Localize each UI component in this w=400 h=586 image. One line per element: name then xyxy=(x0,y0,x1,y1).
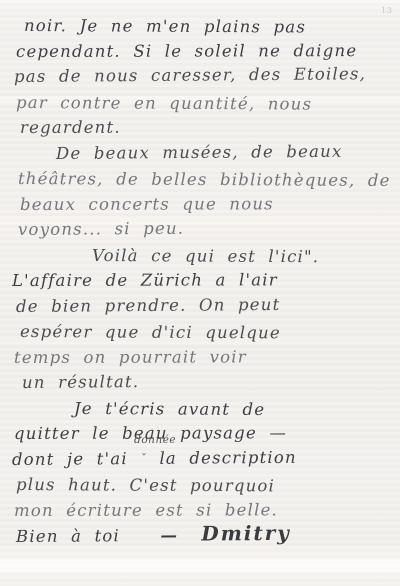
handwritten-line: par contre en quantité, nous xyxy=(16,90,394,117)
handwritten-line: de bien prendre. On peut xyxy=(16,291,394,319)
signature-flourish: — xyxy=(160,526,175,545)
handwritten-line: espérer que d'ici quelque xyxy=(20,319,394,346)
handwritten-line: cependant. Si le soleil ne daigne xyxy=(16,38,394,64)
handwritten-line: théâtres, de belles bibliothèques, de xyxy=(18,166,394,193)
handwritten-line: mon écriture est si belle. xyxy=(14,497,394,523)
handwritten-line-with-insertion: dont je t'ai ˇdonnée la description xyxy=(12,444,394,472)
caret-mark: ˇ xyxy=(140,451,147,464)
handwritten-line: pas de nous caresser, des Etoiles, xyxy=(14,61,394,89)
handwritten-line: De beaux musées, de beaux xyxy=(56,138,394,166)
handwritten-line: Voilà ce qui est l'ici". xyxy=(92,243,394,270)
closing-text: Bien à toi xyxy=(16,526,120,546)
insertion-point: ˇdonnée xyxy=(140,445,147,471)
handwritten-line: beaux concerts que nous xyxy=(20,191,394,217)
handwritten-line: plus haut. C'est pourquoi xyxy=(16,472,394,499)
line-text-after: la description xyxy=(159,447,297,467)
interlinear-insertion: donnée xyxy=(134,434,176,444)
handwritten-line: noir. Je ne m'en plains pas xyxy=(24,13,394,40)
handwritten-line: L'affaire de Zürich a l'air xyxy=(12,267,394,294)
letter-body: noir. Je ne m'en plains pas cependant. S… xyxy=(0,13,394,549)
handwritten-line: temps on pourrait voir xyxy=(14,344,394,370)
handwritten-line: un résultat. xyxy=(22,367,394,395)
line-text-before: dont je t'ai xyxy=(12,449,128,469)
scan-artifact-band xyxy=(0,560,400,572)
handwritten-line: Je t'écris avant de xyxy=(74,396,394,423)
closing-line: Bien à toi — Dmitry xyxy=(16,520,394,548)
handwritten-line: regardent. xyxy=(20,114,394,140)
handwritten-line: voyons... si peu. xyxy=(18,214,394,242)
signature: Dmitry xyxy=(201,521,291,546)
scanned-letter-page: 13 noir. Je ne m'en plains pas cependant… xyxy=(0,0,400,586)
handwritten-line: quitter le beau paysage — xyxy=(14,420,394,446)
